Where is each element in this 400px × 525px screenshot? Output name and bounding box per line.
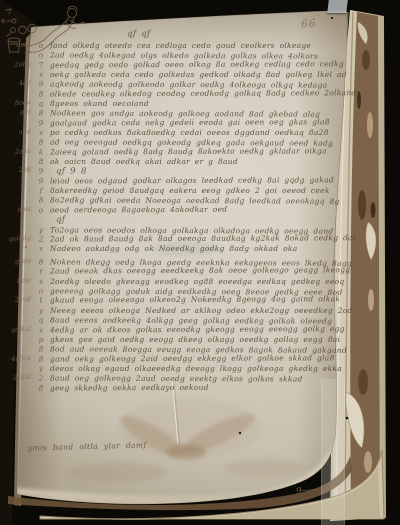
folio-flourish: ‾ bbox=[316, 14, 320, 22]
translucent-strip bbox=[321, 379, 345, 525]
folio-number: 66‾ bbox=[300, 14, 320, 30]
speck bbox=[239, 432, 241, 434]
speck bbox=[346, 417, 349, 420]
figure-drawing bbox=[0, 0, 120, 62]
rough-edge-strip bbox=[350, 12, 380, 518]
bucket-drawing bbox=[8, 38, 20, 52]
stain-green bbox=[152, 242, 220, 256]
manuscript-photo: qf qfdeinoſand olkedg oteedo cea cedloga… bbox=[0, 0, 400, 525]
reclining-figure bbox=[22, 6, 86, 53]
tiny-marks-drawing bbox=[2, 9, 16, 36]
speck bbox=[331, 17, 333, 19]
rings-drawing bbox=[19, 24, 36, 34]
speck-red bbox=[25, 246, 27, 248]
conservation-tab bbox=[327, 0, 348, 13]
